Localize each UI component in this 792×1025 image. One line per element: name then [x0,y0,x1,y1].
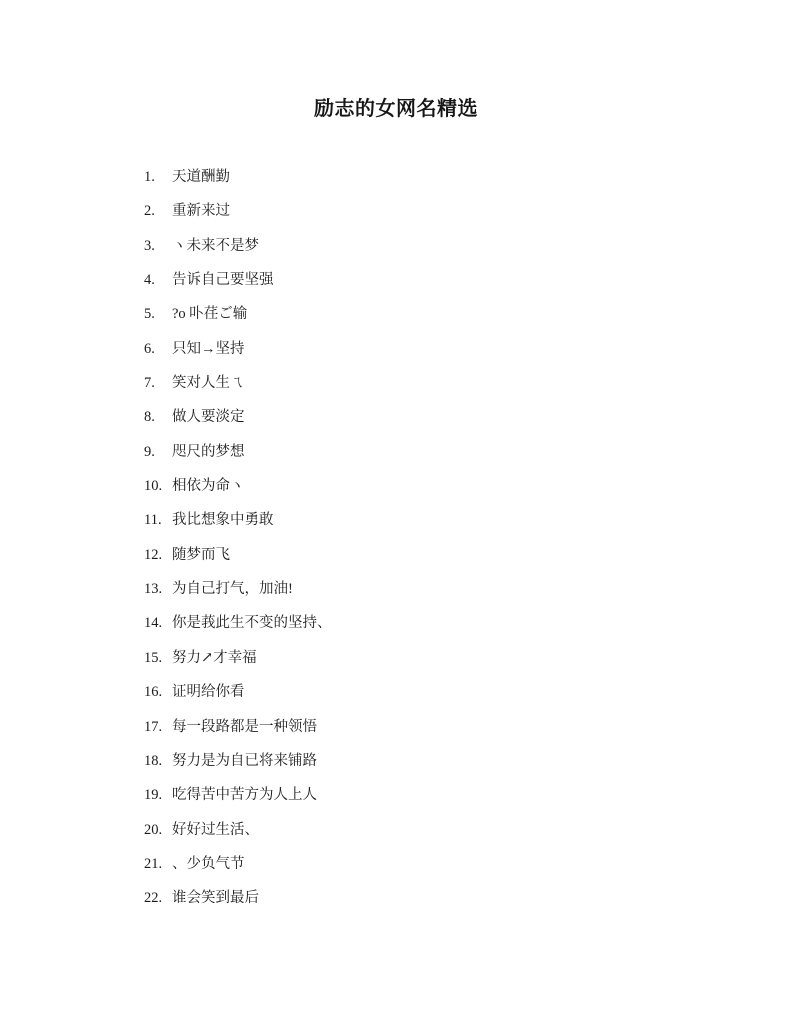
list-item: 2. 重新来过 [0,202,792,221]
list-item-text: 努力是为自已将来铺路 [172,752,317,771]
list-item-number: 21. [144,855,168,874]
list-item-number: 22. [144,889,168,908]
numbered-list: 1. 天道酬勤 2. 重新来过 3. ヽ未来不是梦 4. 告诉自己要坚强 5. … [0,168,792,908]
list-item-text: 努力↗才幸福 [172,649,257,668]
list-item: 18. 努力是为自已将来铺路 [0,752,792,771]
list-item: 14. 你是莪此生不变的坚持、 [0,614,792,633]
list-item-text: 相依为命ヽ [172,477,245,496]
list-item: 8. 做人要淡定 [0,408,792,427]
list-item-text: ヽ未来不是梦 [172,237,259,256]
list-item-text: 谁会笑到最后 [172,889,259,908]
list-item-number: 20. [144,821,168,840]
list-item: 7. 笑对人生ㄟ [0,374,792,393]
list-item: 13. 为自己打气，加油! [0,580,792,599]
list-item-number: 8. [144,408,168,427]
list-item: 22. 谁会笑到最后 [0,889,792,908]
list-item-number: 15. [144,649,168,668]
list-item: 16. 证明给你看 [0,683,792,702]
list-item-text: 吃得苦中苦方为人上人 [172,786,317,805]
list-item-text: 天道酬勤 [172,168,230,187]
list-item: 19. 吃得苦中苦方为人上人 [0,786,792,805]
list-item: 11. 我比想象中勇敢 [0,511,792,530]
list-item: 5. ?o 卟荏ご输 [0,305,792,324]
list-item-number: 6. [144,340,168,359]
list-item-text: 只知→坚持 [172,340,245,359]
list-item: 21. 、少负气节 [0,855,792,874]
list-item-text: 做人要淡定 [172,408,245,427]
list-item-number: 9. [144,443,168,462]
list-item-text: 证明给你看 [172,683,245,702]
list-item: 3. ヽ未来不是梦 [0,237,792,256]
list-item: 4. 告诉自己要坚强 [0,271,792,290]
list-item-number: 14. [144,614,168,633]
list-item-text: 重新来过 [172,202,230,221]
list-item-text: 、少负气节 [172,855,245,874]
list-item-text: 你是莪此生不变的坚持、 [172,614,332,633]
list-item-number: 3. [144,237,168,256]
list-item: 1. 天道酬勤 [0,168,792,187]
list-item-text: 随梦而飞 [172,546,230,565]
list-item: 12. 随梦而飞 [0,546,792,565]
list-item-number: 7. [144,374,168,393]
document-page: 励志的女网名精选 1. 天道酬勤 2. 重新来过 3. ヽ未来不是梦 4. 告诉… [0,0,792,1025]
list-item-number: 16. [144,683,168,702]
list-item-text: 咫尺的梦想 [172,443,245,462]
page-title: 励志的女网名精选 [0,0,792,121]
list-item-text: 每一段路都是一种领悟 [172,718,317,737]
list-item-number: 17. [144,718,168,737]
list-item-number: 13. [144,580,168,599]
list-item-text: 告诉自己要坚强 [172,271,274,290]
list-item-text: 为自己打气，加油! [172,580,293,599]
list-item: 10. 相依为命ヽ [0,477,792,496]
list-item-number: 5. [144,305,168,324]
list-item: 20. 好好过生活、 [0,821,792,840]
list-item: 15. 努力↗才幸福 [0,649,792,668]
list-item-number: 11. [144,511,168,530]
list-item-number: 12. [144,546,168,565]
list-item-text: 我比想象中勇敢 [172,511,274,530]
list-item-number: 1. [144,168,168,187]
list-item-number: 10. [144,477,168,496]
list-item-number: 19. [144,786,168,805]
list-item-text: 笑对人生ㄟ [172,374,245,393]
list-item-number: 2. [144,202,168,221]
list-item-text: 好好过生活、 [172,821,259,840]
list-item-text: ?o 卟荏ご输 [172,305,247,324]
list-item: 17. 每一段路都是一种领悟 [0,718,792,737]
list-item-number: 4. [144,271,168,290]
list-item: 9. 咫尺的梦想 [0,443,792,462]
list-item-number: 18. [144,752,168,771]
list-item: 6. 只知→坚持 [0,340,792,359]
